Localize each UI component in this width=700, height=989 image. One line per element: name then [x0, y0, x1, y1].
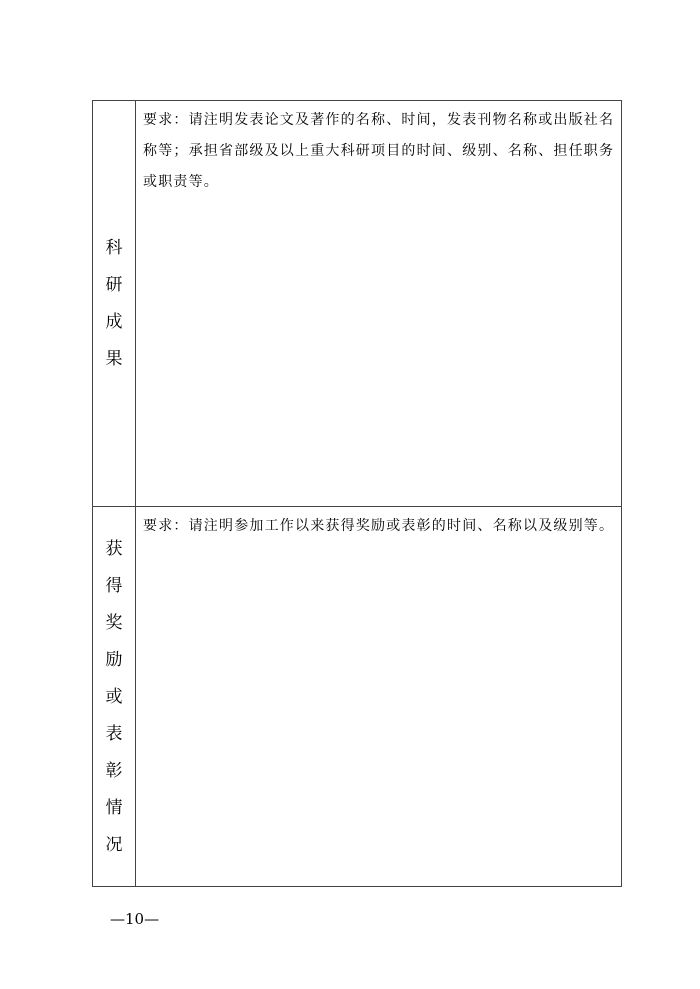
awards-row: 获 得 奖 励 或 表 彰 情 况 要求：请注明参加工作以来获得奖励或表彰的时间… — [93, 507, 621, 887]
label-char: 研 — [106, 267, 123, 304]
label-char: 彰 — [106, 753, 123, 790]
awards-content[interactable]: 要求：请注明参加工作以来获得奖励或表彰的时间、名称以及级别等。 — [136, 507, 621, 887]
label-char: 得 — [106, 568, 123, 605]
label-char: 果 — [106, 341, 123, 378]
label-char: 况 — [106, 827, 123, 864]
form-table: 科 研 成 果 要求：请注明发表论文及著作的名称、时间，发表刊物名称或出版社名称… — [92, 100, 622, 887]
awards-label: 获 得 奖 励 或 表 彰 情 况 — [93, 507, 136, 887]
label-char: 科 — [106, 230, 123, 267]
label-char: 获 — [106, 531, 123, 568]
label-char: 表 — [106, 716, 123, 753]
label-char: 奖 — [106, 605, 123, 642]
page-number: —10— — [110, 910, 159, 928]
label-char: 成 — [106, 304, 123, 341]
label-char: 或 — [106, 679, 123, 716]
research-achievements-row: 科 研 成 果 要求：请注明发表论文及著作的名称、时间，发表刊物名称或出版社名称… — [93, 101, 621, 507]
label-char: 励 — [106, 642, 123, 679]
research-achievements-content[interactable]: 要求：请注明发表论文及著作的名称、时间，发表刊物名称或出版社名称等；承担省部级及… — [136, 101, 621, 506]
label-char: 情 — [106, 790, 123, 827]
research-achievements-label: 科 研 成 果 — [93, 101, 136, 506]
